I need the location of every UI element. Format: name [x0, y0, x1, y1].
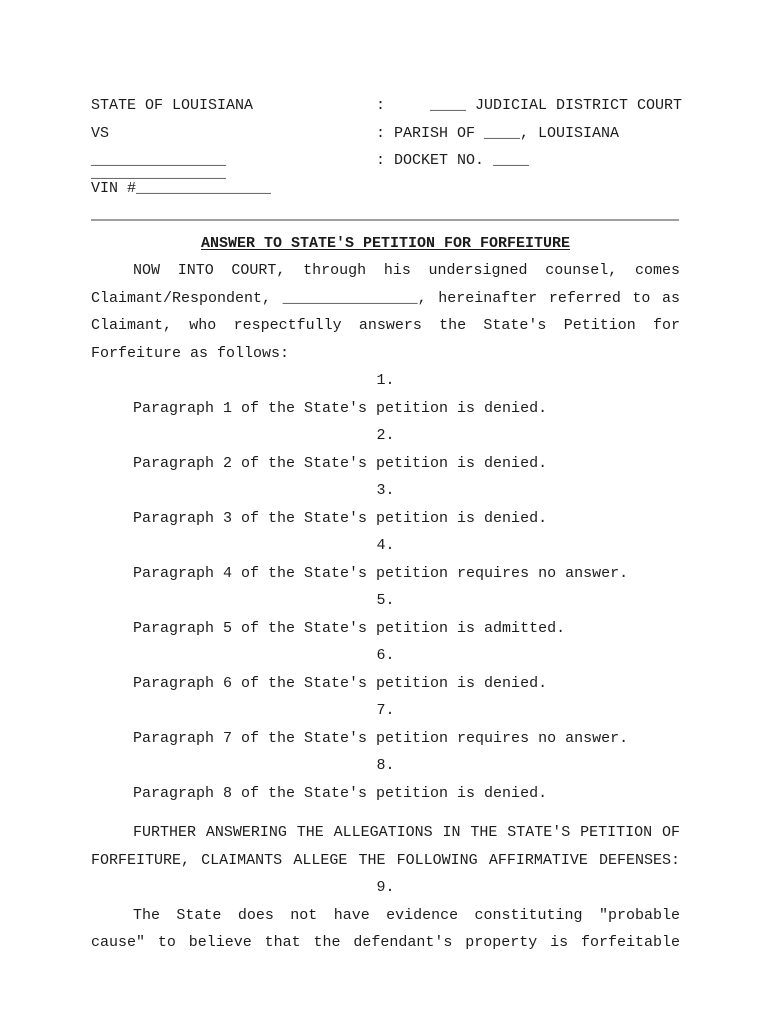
opening-line: Claimant, who respectfully answers the S…	[91, 317, 680, 335]
section-number-2: 2.	[91, 427, 680, 445]
section-number-7: 7.	[91, 702, 680, 720]
judicial-district-court-row: : ____ JUDICIAL DISTRICT COURT	[376, 97, 680, 115]
opening-line: Claimant/Respondent, _______________, he…	[91, 290, 680, 308]
section-number-3: 3.	[91, 482, 680, 500]
opening-line: Forfeiture as follows:	[91, 345, 680, 363]
paragraph-8-answer: Paragraph 8 of the State's petition is d…	[91, 785, 680, 803]
paragraph-1-answer: Paragraph 1 of the State's petition is d…	[91, 400, 680, 418]
section-number-6: 6.	[91, 647, 680, 665]
opening-line: NOW INTO COURT, through his undersigned …	[91, 262, 680, 280]
section-number-1: 1.	[91, 372, 680, 390]
affirmative-defenses-line: FURTHER ANSWERING THE ALLEGATIONS IN THE…	[91, 824, 680, 842]
paragraph-9-line: The State does not have evidence constit…	[91, 907, 680, 925]
paragraph-2-answer: Paragraph 2 of the State's petition is d…	[91, 455, 680, 473]
paragraph-3-answer: Paragraph 3 of the State's petition is d…	[91, 510, 680, 528]
paragraph-4-answer: Paragraph 4 of the State's petition requ…	[91, 565, 680, 583]
vin-field: VIN #_______________	[91, 180, 680, 198]
paragraph-5-answer: Paragraph 5 of the State's petition is a…	[91, 620, 680, 638]
paragraph-7-answer: Paragraph 7 of the State's petition requ…	[91, 730, 680, 748]
section-number-8: 8.	[91, 757, 680, 775]
paragraph-6-answer: Paragraph 6 of the State's petition is d…	[91, 675, 680, 693]
document-title: ANSWER TO STATE'S PETITION FOR FORFEITUR…	[91, 235, 680, 253]
section-number-4: 4.	[91, 537, 680, 555]
paragraph-9-line: cause" to believe that the defendant's p…	[91, 934, 680, 952]
section-number-5: 5.	[91, 592, 680, 610]
section-number-9: 9.	[91, 879, 680, 897]
affirmative-defenses-line: FORFEITURE, CLAIMANTS ALLEGE THE FOLLOWI…	[91, 852, 680, 870]
docket-no-row: : DOCKET NO. ____	[376, 152, 680, 170]
document-page: STATE OF LOUISIANAVS____________________…	[0, 0, 770, 1024]
parish-row: : PARISH OF ____, LOUISIANA	[376, 125, 680, 143]
caption-divider-rule	[91, 219, 679, 221]
